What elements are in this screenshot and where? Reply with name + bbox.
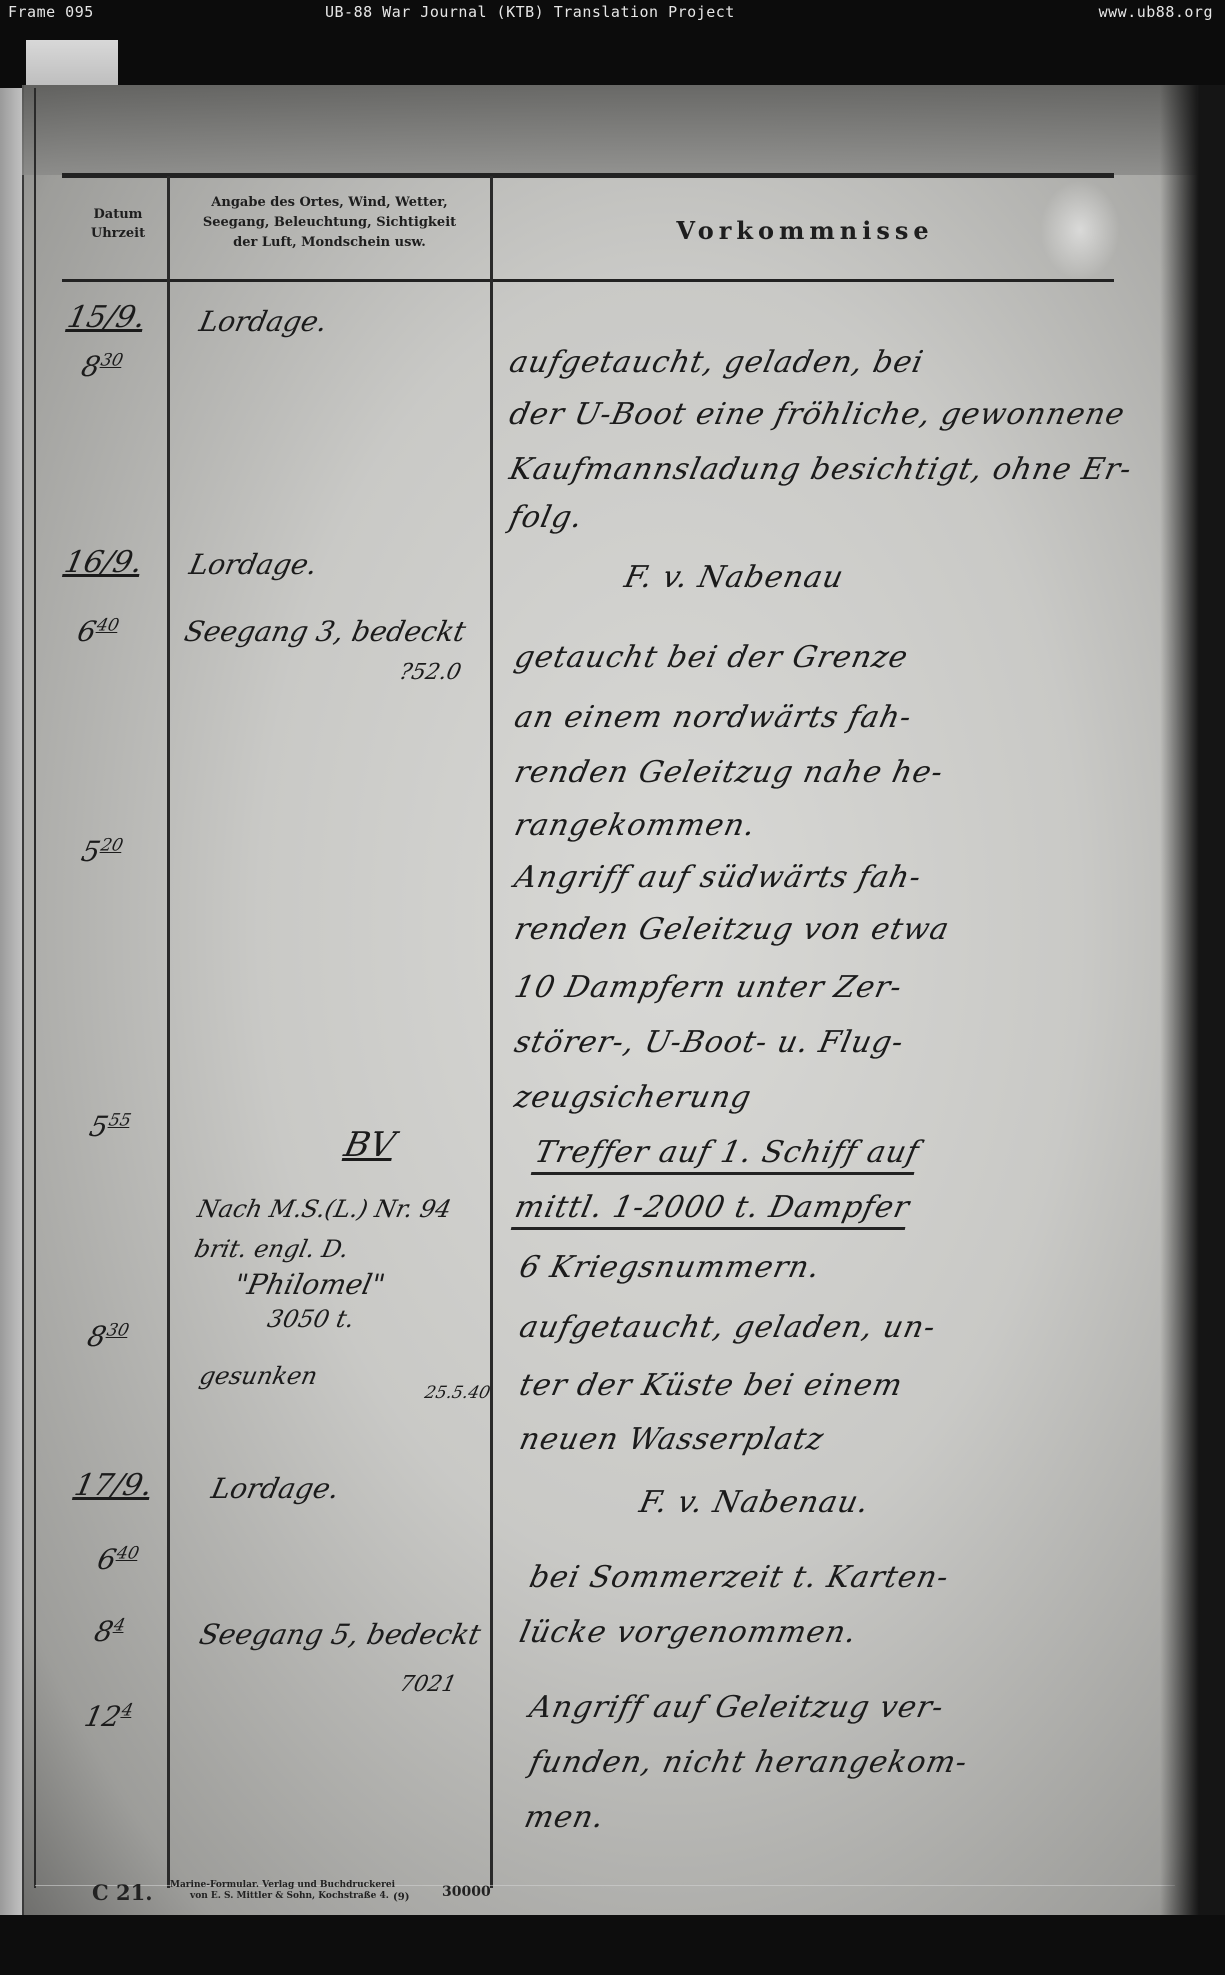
entry-time: 124 — [81, 1700, 134, 1733]
margin-note-line: 3050 t. — [265, 1305, 357, 1333]
event-line: der U-Boot eine fröhliche, gewonnene — [506, 397, 1128, 432]
entry-time: 640 — [94, 1543, 140, 1576]
event-line-underlined: mittl. 1-2000 t. Dampfer — [511, 1190, 913, 1230]
entry-date: 17/9. — [71, 1468, 155, 1503]
entry-date: 16/9. — [61, 545, 145, 580]
form-code: C 21. — [92, 1880, 153, 1905]
print-run: 30000 — [442, 1884, 491, 1900]
header-weather-line: der Luft, Mondschein usw. — [172, 233, 487, 253]
event-line: aufgetaucht, geladen, un- — [516, 1310, 939, 1345]
entry-time: 640 — [74, 615, 120, 648]
event-line: lücke vorgenommen. — [516, 1615, 860, 1650]
table-top-rule — [62, 173, 1114, 178]
event-line: Kaufmannsladung besichtigt, ohne Er- — [506, 452, 1135, 487]
entry-weather-reading: ?52.0 — [397, 660, 463, 685]
website-link[interactable]: www.ub88.org — [1099, 3, 1213, 21]
event-line: funden, nicht herangekom- — [526, 1745, 971, 1780]
event-line: men. — [521, 1800, 608, 1835]
stamp-mark: BV — [341, 1125, 399, 1165]
printer-line: Marine-Formular. Verlag und Buchdruckere… — [170, 1880, 430, 1891]
margin-note-line: gesunken — [197, 1362, 320, 1390]
event-line: störer-, U-Boot- u. Flug- — [511, 1025, 907, 1060]
entry-time: 830 — [78, 350, 124, 383]
event-line: getaucht bei der Grenze — [511, 640, 911, 675]
signature: F. v. Nabenau. — [636, 1485, 872, 1520]
page-right-shadow — [1160, 85, 1225, 1945]
print-mark: (9) — [393, 1892, 409, 1903]
film-bottom-border — [0, 1915, 1225, 1975]
header-time-label: Uhrzeit — [68, 224, 168, 243]
event-line: renden Geleitzug von etwa — [511, 912, 953, 947]
entry-time: 830 — [84, 1320, 130, 1353]
entry-location: Lordage. — [208, 1472, 342, 1505]
event-line: 6 Kriegsnummern. — [516, 1250, 823, 1285]
event-line: folg. — [506, 500, 586, 535]
paper-tab — [26, 40, 118, 88]
event-line: aufgetaucht, geladen, bei — [506, 345, 927, 380]
entry-weather: Seegang 5, bedeckt — [196, 1618, 483, 1651]
event-line: an einem nordwärts fah- — [511, 700, 915, 735]
entry-time: 555 — [86, 1110, 132, 1143]
printer-line: von E. S. Mittler & Sohn, Kochstraße 4. — [170, 1891, 430, 1902]
header-weather-line: Seegang, Beleuchtung, Sichtigkeit — [172, 213, 487, 233]
event-line: rangekommen. — [511, 808, 759, 843]
event-line-underlined: Treffer auf 1. Schiff auf — [531, 1135, 923, 1175]
entry-time: 520 — [78, 835, 124, 868]
margin-note-line: brit. engl. D. — [192, 1235, 351, 1263]
entry-weather-reading: 7021 — [397, 1672, 458, 1697]
event-line: ter der Küste bei einem — [516, 1368, 906, 1403]
printer-imprint: Marine-Formular. Verlag und Buchdruckere… — [170, 1880, 430, 1902]
event-line: Angriff auf Geleitzug ver- — [526, 1690, 947, 1725]
header-date-time: Datum Uhrzeit — [68, 205, 168, 243]
header-location-weather: Angabe des Ortes, Wind, Wetter, Seegang,… — [172, 193, 487, 253]
frame-header-bar: Frame 095 UB-88 War Journal (KTB) Transl… — [0, 0, 1225, 28]
header-weather-line: Angabe des Ortes, Wind, Wetter, — [172, 193, 487, 213]
margin-note-date: 25.5.40 — [423, 1383, 492, 1403]
project-title: UB-88 War Journal (KTB) Translation Proj… — [325, 3, 735, 21]
date-column-divider — [167, 176, 170, 1888]
entry-weather: Seegang 3, bedeckt — [181, 615, 468, 648]
left-margin-rule — [34, 88, 36, 1888]
page-top-shadow — [22, 85, 1197, 175]
event-line: 10 Dampfern unter Zer- — [511, 970, 905, 1005]
event-line: renden Geleitzug nahe he- — [511, 755, 946, 790]
weather-column-divider — [490, 176, 493, 1888]
entry-date: 15/9. — [64, 300, 148, 335]
entry-location: Lordage. — [196, 305, 330, 338]
frame-label: Frame 095 — [8, 3, 94, 21]
event-line: Angriff auf südwärts fah- — [511, 860, 924, 895]
margin-note-line: Nach M.S.(L.) Nr. 94 — [195, 1195, 454, 1223]
header-date-label: Datum — [68, 205, 168, 224]
margin-note-line: "Philomel" — [231, 1268, 387, 1301]
header-events: Vorkommnisse — [495, 216, 1115, 245]
entry-location: Lordage. — [186, 548, 320, 581]
signature: F. v. Nabenau — [621, 560, 847, 595]
header-bottom-rule — [62, 279, 1114, 282]
event-line: neuen Wasserplatz — [516, 1422, 827, 1457]
event-line: bei Sommerzeit t. Karten- — [526, 1560, 952, 1595]
event-line: zeugsicherung — [511, 1080, 755, 1115]
